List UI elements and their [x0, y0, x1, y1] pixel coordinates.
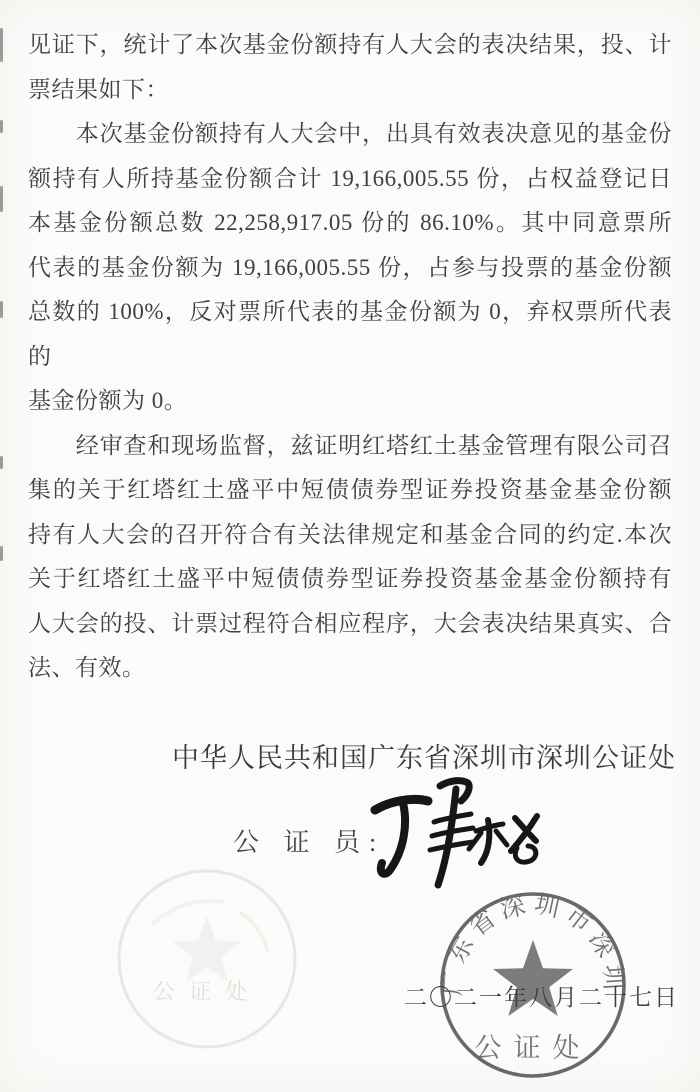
notary-signature: 丁青松	[330, 770, 570, 900]
embossed-ghost-seal: 公证处	[112, 864, 302, 1054]
body-line: 票结果如下：	[28, 68, 672, 113]
date-line: 二〇二一年八月二十七日	[404, 979, 679, 1012]
body-line: 本基金份额总数 22,258,917.05 份的 86.10%。其中同意票所	[28, 201, 672, 246]
seal-bottom-text: 公证处	[475, 1033, 592, 1063]
body-line: 本次基金份额持有人大会中，出具有效表决意见的基金份	[28, 112, 672, 157]
body-line: 法、有效。	[28, 646, 672, 691]
scan-artifact	[0, 546, 3, 561]
scan-artifact	[0, 120, 3, 133]
body-line: 持有人大会的召开符合有关法律规定和基金合同的约定.本次	[28, 513, 672, 558]
scan-artifact	[0, 186, 3, 212]
body-line: 总数的 100%，反对票所代表的基金份额为 0，弃权票所代表的	[28, 290, 672, 379]
body-line: 集的关于红塔红土盛平中短债债券型证券投资基金基金份额	[28, 468, 672, 513]
body-line: 见证下，统计了本次基金份额持有人大会的表决结果，投、计	[28, 23, 672, 68]
body-line: 人大会的投、计票过程符合相应程序，大会表决结果真实、合	[28, 602, 672, 647]
body-text: 见证下，统计了本次基金份额持有人大会的表决结果，投、计票结果如下： 本次基金份额…	[28, 23, 672, 691]
scan-artifact	[0, 456, 3, 469]
scan-artifact	[0, 301, 3, 318]
body-line: 额持有人所持基金份额合计 19,166,005.55 份，占权益登记日	[28, 157, 672, 202]
ghost-star-icon	[172, 916, 241, 982]
notarial-certificate-page: 见证下，统计了本次基金份额持有人大会的表决结果，投、计票结果如下： 本次基金份额…	[0, 0, 700, 1092]
ghost-seal-bottom-text: 公证处	[153, 979, 261, 1004]
body-line: 经审查和现场监督，兹证明红塔红土基金管理有限公司召	[28, 424, 672, 469]
body-line: 关于红塔红土盛平中短债债券型证券投资基金基金份额持有	[28, 557, 672, 602]
body-line: 基金份额为 0。	[28, 379, 672, 424]
scan-artifact	[0, 28, 3, 62]
body-line: 代表的基金份额为 19,166,005.55 份，占参与投票的基金份额	[28, 246, 672, 291]
